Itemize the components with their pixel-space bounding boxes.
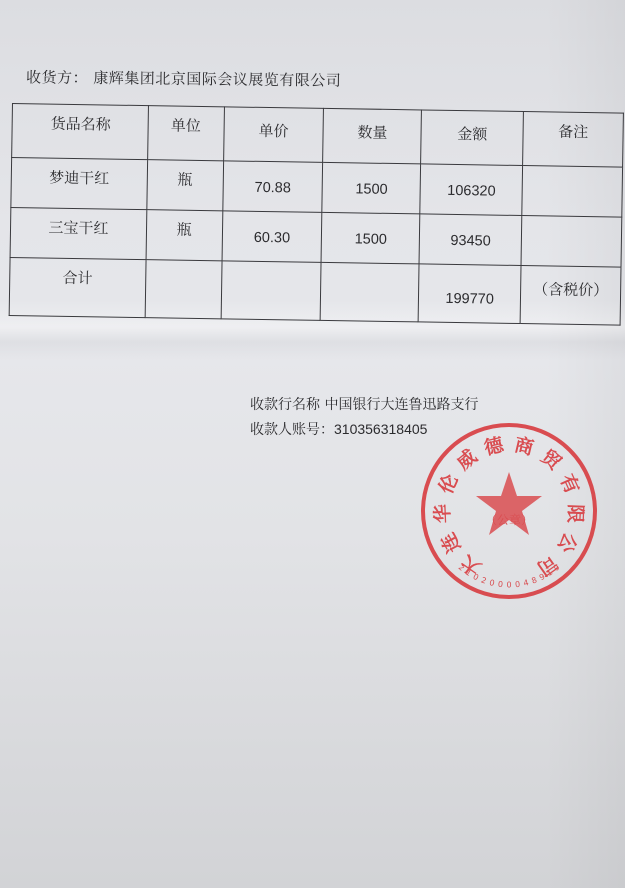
header-cell: 单价 bbox=[223, 107, 324, 163]
empty-cell bbox=[321, 262, 420, 322]
svg-text:商: 商 bbox=[512, 433, 536, 460]
header-cell: 数量 bbox=[323, 108, 422, 164]
cell-unit: 瓶 bbox=[146, 210, 223, 261]
svg-text:伦: 伦 bbox=[434, 470, 463, 497]
cell-unit: 瓶 bbox=[147, 160, 224, 211]
svg-text:德: 德 bbox=[482, 433, 507, 460]
empty-cell bbox=[145, 260, 222, 319]
bank-name: 中国银行大连鲁迅路支行 bbox=[324, 397, 478, 413]
svg-text:连: 连 bbox=[436, 529, 465, 557]
total-note: （含税价） bbox=[520, 266, 621, 326]
svg-text:0: 0 bbox=[506, 581, 511, 590]
company-seal: （公章） 大连华伦威德商贸有限公司 2102000048919 bbox=[418, 420, 600, 602]
svg-text:8: 8 bbox=[530, 575, 538, 585]
cell-qty: 1500 bbox=[321, 212, 420, 264]
svg-text:公: 公 bbox=[552, 529, 581, 557]
table-total-row: 合计 199770 （含税价） bbox=[9, 257, 621, 325]
bank-line: 收款行名称 中国银行大连鲁迅路支行 bbox=[250, 393, 478, 417]
total-label: 合计 bbox=[9, 257, 146, 317]
goods-table: 货品名称 单位 单价 数量 金额 备注 梦迪干红 瓶 70.88 1500 10… bbox=[9, 103, 624, 326]
header-cell: 备注 bbox=[523, 112, 624, 168]
svg-text:4: 4 bbox=[523, 578, 530, 588]
cell-name: 三宝干红 bbox=[10, 207, 147, 259]
header-cell: 单位 bbox=[147, 106, 224, 161]
cell-amount: 93450 bbox=[419, 214, 522, 266]
table-header-row: 货品名称 单位 单价 数量 金额 备注 bbox=[12, 104, 624, 168]
svg-text:0: 0 bbox=[515, 580, 521, 590]
svg-text:0: 0 bbox=[488, 578, 495, 588]
header-cell: 金额 bbox=[421, 110, 524, 166]
bank-label: 收款行名称 bbox=[250, 397, 320, 413]
consignee-line: 收货方： 康辉集团北京国际会议展览有限公司 bbox=[26, 66, 342, 90]
total-amount: 199770 bbox=[418, 264, 521, 324]
svg-text:贸: 贸 bbox=[537, 446, 566, 476]
header-cell: 货品名称 bbox=[12, 104, 149, 160]
cell-name: 梦迪干红 bbox=[11, 158, 148, 210]
empty-cell bbox=[221, 261, 322, 321]
cell-note bbox=[522, 166, 623, 218]
consignee-label: 收货方： bbox=[26, 68, 88, 87]
account-number: 310356318405 bbox=[334, 421, 427, 437]
consignee-name: 康辉集团北京国际会议展览有限公司 bbox=[93, 69, 341, 90]
svg-text:2: 2 bbox=[480, 575, 488, 585]
svg-text:威: 威 bbox=[452, 445, 481, 475]
account-label: 收款人账号： bbox=[250, 422, 334, 438]
cell-qty: 1500 bbox=[322, 162, 421, 214]
svg-text:华: 华 bbox=[431, 504, 455, 524]
cell-note bbox=[521, 216, 622, 268]
cell-price: 70.88 bbox=[222, 161, 323, 213]
svg-text:限: 限 bbox=[564, 504, 587, 524]
svg-text:有: 有 bbox=[555, 470, 584, 497]
svg-text:0: 0 bbox=[497, 580, 503, 590]
cell-amount: 106320 bbox=[420, 164, 523, 216]
seal-type: （公章） bbox=[485, 512, 533, 527]
cell-price: 60.30 bbox=[222, 211, 323, 263]
